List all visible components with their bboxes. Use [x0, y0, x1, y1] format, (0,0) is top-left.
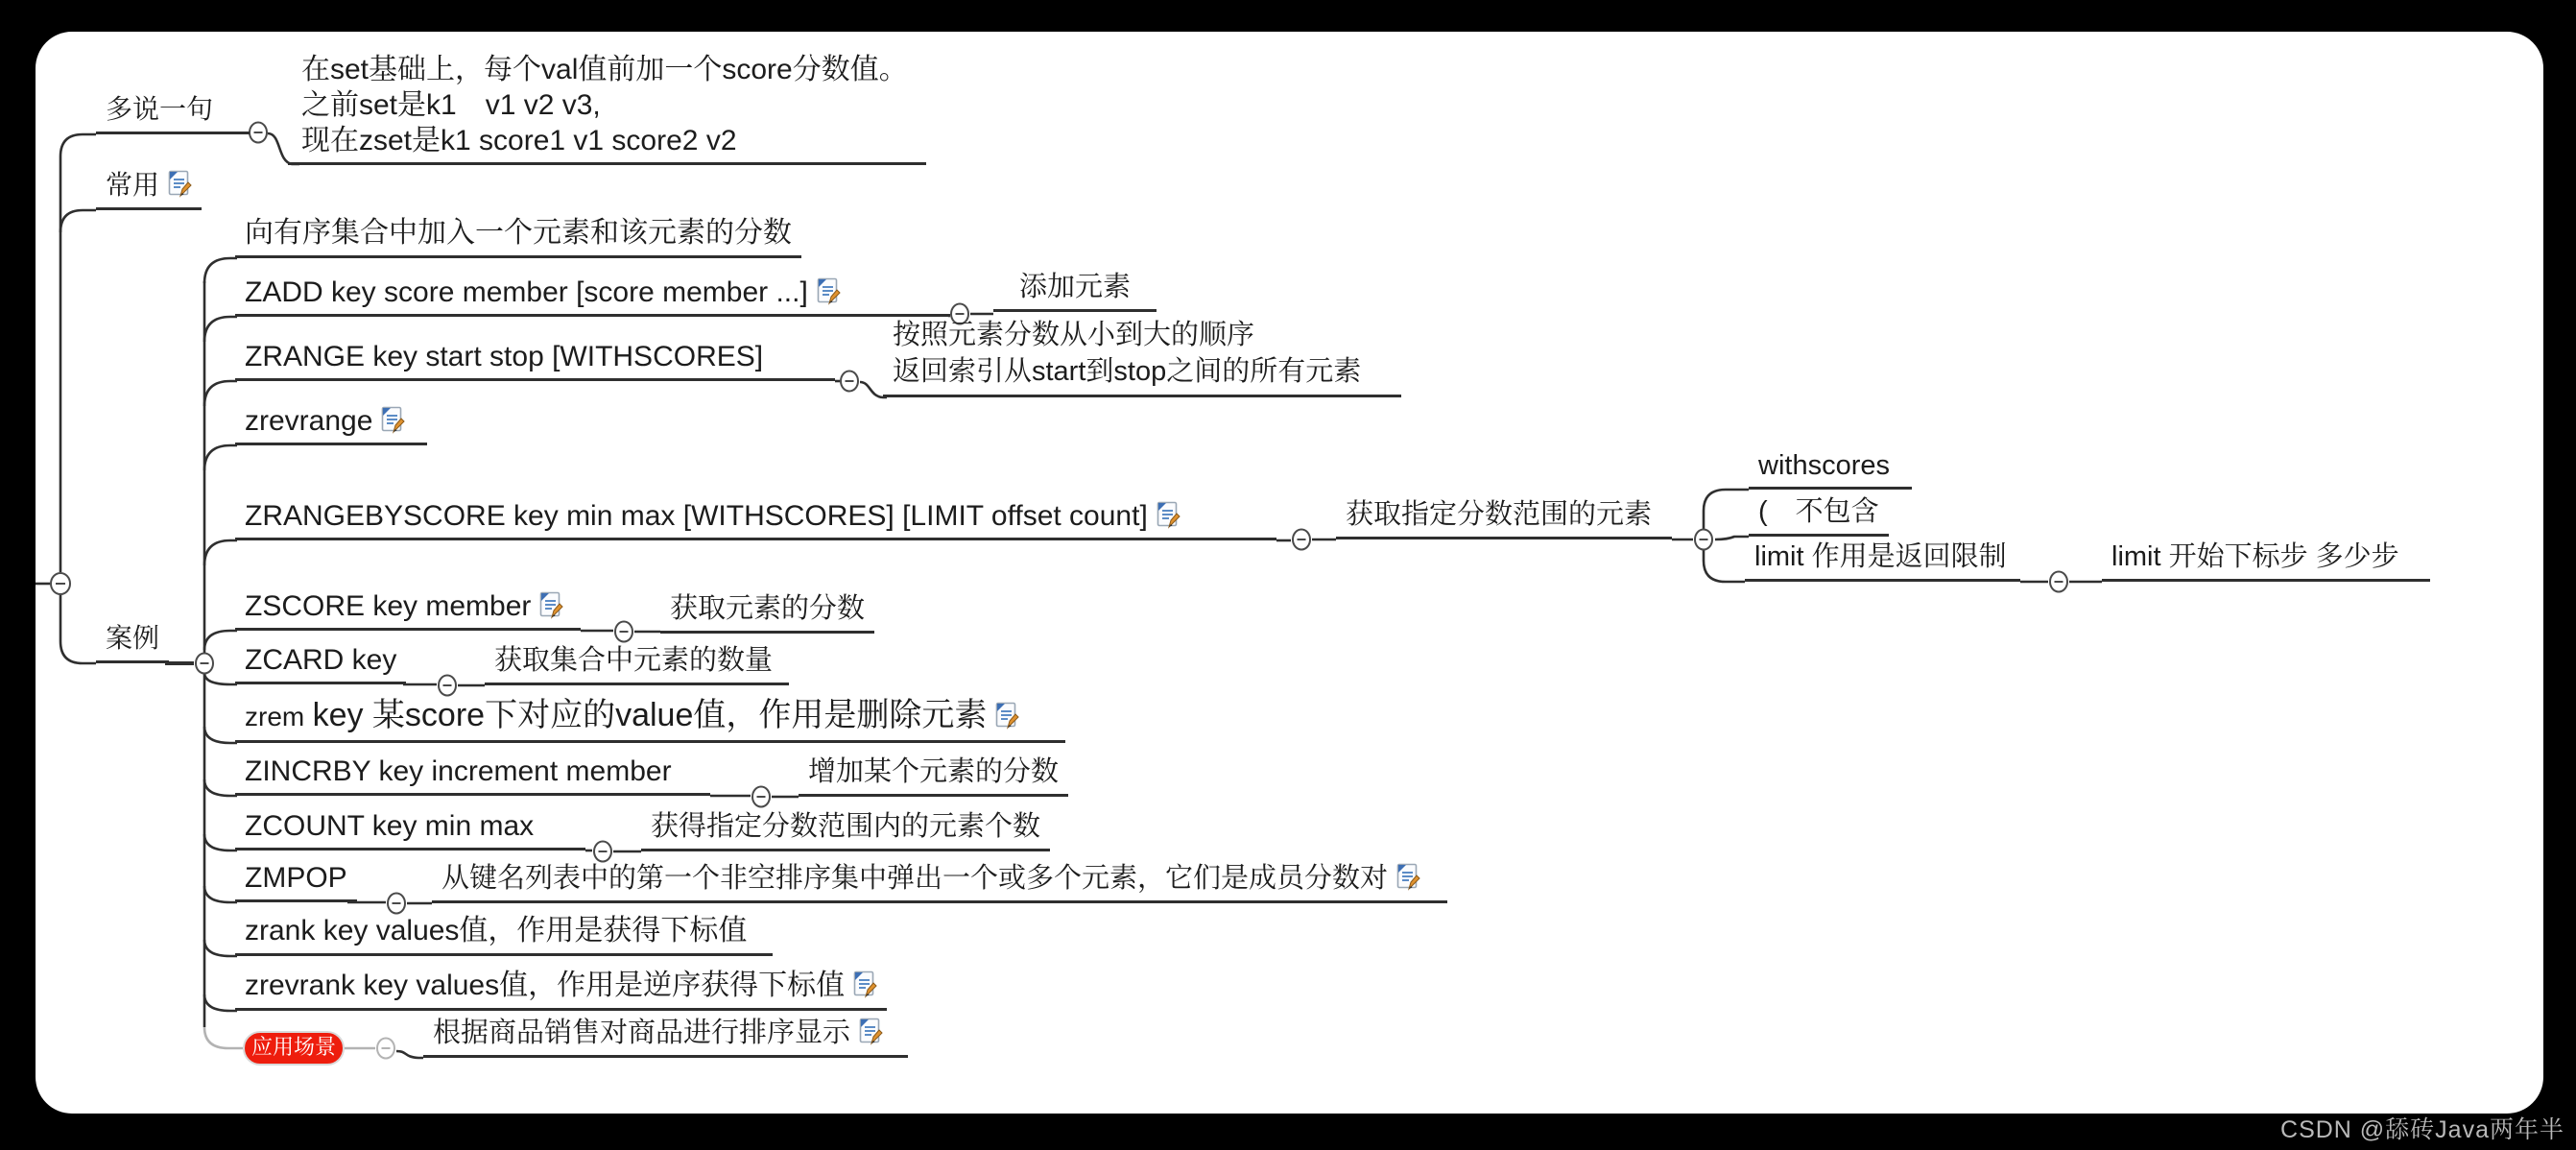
node-zrevrange[interactable]: zrevrange — [235, 405, 427, 445]
node-withscores[interactable]: withscores — [1749, 450, 1912, 490]
node-label: ZMPOP — [245, 862, 347, 895]
collapse-toggle-score-range[interactable] — [1695, 530, 1712, 550]
annotation-zmpop[interactable]: 从键名列表中的第一个非空排序集中弹出一个或多个元素，它们是成员分数对 — [432, 856, 1447, 903]
annotation-label: limit 开始下标步 多少步 — [2111, 535, 2399, 574]
node-label: ZRANGEBYSCORE key min max [WITHSCORES] [… — [245, 500, 1148, 533]
node-aside[interactable]: 多说一句 — [96, 88, 250, 134]
annotation-label: 从键名列表中的第一个非空排序集中弹出一个或多个元素，它们是成员分数对 — [441, 856, 1388, 896]
node-cases-label: 案例 — [106, 617, 159, 656]
node-aside-label: 多说一句 — [106, 88, 213, 127]
collapse-toggle-cases[interactable] — [196, 654, 213, 674]
node-zrem[interactable]: zrem key 某score下对应的value值，作用是删除元素 — [235, 688, 1065, 743]
node-label: zrevrange — [245, 405, 372, 438]
node-zrangebyscore[interactable]: ZRANGEBYSCORE key min max [WITHSCORES] [… — [235, 500, 1276, 540]
node-label: key 某score下对应的value值，作用是删除元素 — [313, 688, 988, 735]
annotation-zadd[interactable]: 添加元素 — [993, 265, 1157, 312]
annotation-application-scenario[interactable]: 根据商品销售对商品进行排序显示 — [423, 1011, 908, 1058]
node-label: ( 不包含 — [1758, 490, 1879, 529]
collapse-toggle-aside[interactable] — [250, 123, 267, 143]
note-icon[interactable] — [381, 406, 405, 434]
note-line: 之前set是k1 v1 v2 v3, — [301, 87, 913, 123]
node-zadd-desc[interactable]: 向有序集合中加入一个元素和该元素的分数 — [235, 208, 801, 258]
node-zcount[interactable]: ZCOUNT key min max — [235, 810, 585, 851]
collapse-toggle-scenario[interactable] — [377, 1039, 394, 1059]
node-label: ZCARD key — [245, 644, 396, 677]
annotation-zscore[interactable]: 获取元素的分数 — [660, 587, 874, 634]
note-line: 现在zset是k1 score1 v1 score2 v2 — [301, 123, 913, 158]
node-zscore[interactable]: ZSCORE key member — [235, 590, 581, 631]
node-zincrby[interactable]: ZINCRBY key increment member — [235, 755, 710, 796]
node-zadd[interactable]: ZADD key score member [score member ...] — [235, 276, 950, 317]
annotation-zcount[interactable]: 获得指定分数范围内的元素个数 — [641, 804, 1050, 851]
note-icon[interactable] — [817, 277, 841, 305]
csdn-watermark: CSDN @舔砖Java两年半 — [2280, 1111, 2564, 1145]
collapse-toggle-limit[interactable] — [2050, 572, 2067, 592]
badge-label: 应用场景 — [251, 1035, 336, 1059]
node-common-label: 常用 — [106, 164, 159, 203]
node-label: zrank key values值，作用是获得下标值 — [245, 906, 747, 948]
node-exclusive-paren[interactable]: ( 不包含 — [1749, 490, 1889, 537]
node-aside-note[interactable]: 在set基础上，每个val值前加一个score分数值。 之前set是k1 v1 … — [288, 52, 926, 165]
node-label: withscores — [1758, 450, 1890, 482]
annotation-label: 获得指定分数范围内的元素个数 — [651, 804, 1040, 844]
node-label: limit 作用是返回限制 — [1754, 535, 2007, 574]
annotation-label: 根据商品销售对商品进行排序显示 — [433, 1011, 850, 1050]
node-label: ZINCRBY key increment member — [245, 755, 672, 788]
collapse-toggle-zrangebyscore[interactable] — [1293, 530, 1310, 550]
node-common[interactable]: 常用 — [96, 164, 202, 210]
node-application-scenario-badge[interactable]: 应用场景 — [243, 1031, 345, 1066]
annotation-label: 获取元素的分数 — [670, 587, 865, 626]
node-label: ZSCORE key member — [245, 590, 531, 623]
node-label: 向有序集合中加入一个元素和该元素的分数 — [245, 208, 792, 251]
node-label: ZRANGE key start stop [WITHSCORES] — [245, 341, 763, 373]
note-line: 在set基础上，每个val值前加一个score分数值。 — [301, 52, 913, 87]
note-icon[interactable] — [1157, 501, 1181, 529]
note-icon[interactable] — [539, 591, 563, 619]
node-label: ZCOUNT key min max — [245, 810, 534, 843]
node-label: ZADD key score member [score member ...] — [245, 276, 808, 309]
node-label: zrevrank key values值，作用是逆序获得下标值 — [245, 961, 845, 1003]
collapse-toggle-zrange[interactable] — [841, 371, 858, 392]
annotation-zincrby[interactable]: 增加某个元素的分数 — [799, 750, 1068, 797]
note-icon[interactable] — [1396, 863, 1420, 891]
node-zmpop[interactable]: ZMPOP — [235, 862, 357, 902]
annotation-zrangebyscore[interactable]: 获取指定分数范围的元素 — [1336, 492, 1672, 539]
note-icon[interactable] — [995, 702, 1019, 730]
note-icon[interactable] — [859, 1018, 883, 1045]
annotation-label: 获取集合中元素的数量 — [494, 638, 773, 678]
mindmap-stage: 多说一句 在set基础上，每个val值前加一个score分数值。 之前set是k… — [0, 0, 2576, 1150]
annotation-zcard[interactable]: 获取集合中元素的数量 — [485, 638, 789, 685]
annotation-label: 获取指定分数范围的元素 — [1346, 492, 1652, 532]
annotation-zrange[interactable]: 按照元素分数从小到大的顺序 返回索引从start到stop之间的所有元素 — [883, 317, 1401, 397]
node-label-prefix: zrem — [245, 702, 304, 732]
node-cases[interactable]: 案例 — [96, 617, 169, 663]
annotation-label: 添加元素 — [1019, 265, 1131, 304]
node-limit[interactable]: limit 作用是返回限制 — [1745, 535, 2020, 582]
collapse-toggle-root[interactable] — [51, 573, 70, 594]
annotation-line: 返回索引从start到stop之间的所有元素 — [893, 353, 1392, 390]
annotation-limit[interactable]: limit 开始下标步 多少步 — [2102, 535, 2430, 582]
node-zcard[interactable]: ZCARD key — [235, 644, 406, 684]
annotation-line: 按照元素分数从小到大的顺序 — [893, 317, 1392, 353]
node-zrevrank[interactable]: zrevrank key values值，作用是逆序获得下标值 — [235, 961, 887, 1011]
annotation-label: 增加某个元素的分数 — [808, 750, 1059, 789]
node-zrank[interactable]: zrank key values值，作用是获得下标值 — [235, 906, 773, 956]
node-zrange[interactable]: ZRANGE key start stop [WITHSCORES] — [235, 341, 835, 381]
note-icon[interactable] — [168, 170, 192, 198]
note-icon[interactable] — [853, 970, 877, 998]
